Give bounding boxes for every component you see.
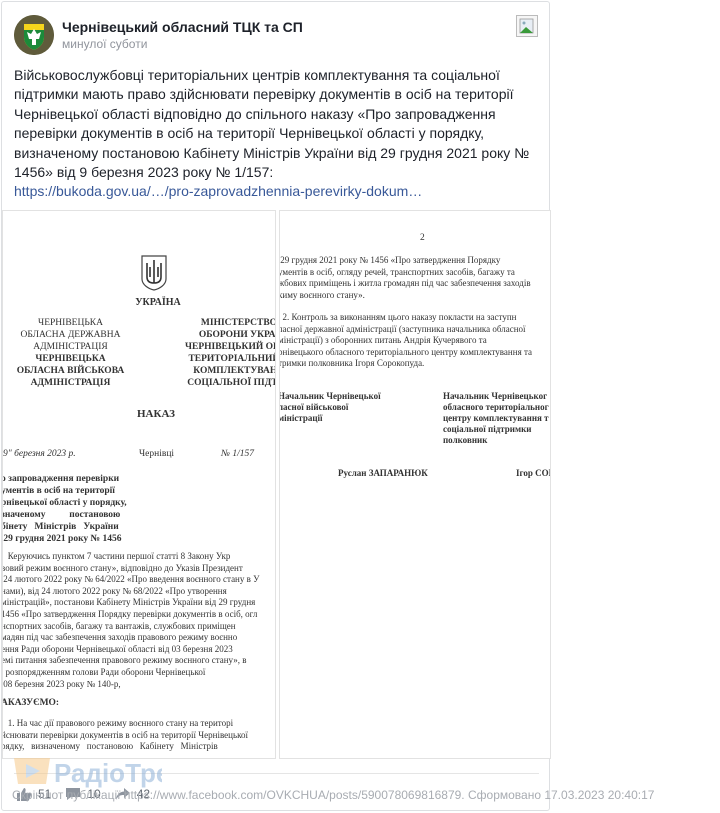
signer-left-title: Начальник Чернівецькоїласної військовоїм… (279, 391, 381, 424)
doc-left-header: ЧЕРНІВЕЦЬКАОБЛАСНА ДЕРЖАВНААДМІНІСТРАЦІЯ… (13, 317, 128, 389)
doc-body-line: емі питання забезпечення правового режим… (2, 655, 260, 667)
page-avatar[interactable] (14, 15, 54, 55)
signer-right-title-line: Начальник Чернівецьког (443, 391, 549, 402)
doc-body-line: 1456 «Про затвердження Порядку перевірки… (2, 609, 260, 621)
doc2-paragraph-1-line: жбових приміщень і житла громадян під ча… (279, 278, 531, 290)
signer-right-title-line: полковник (443, 435, 549, 446)
signer-right-title-line: обласного територіальног (443, 402, 549, 413)
doc-order-1-line: рядку, визначеному постановою Кабінету М… (2, 741, 248, 753)
broken-image-icon (516, 15, 538, 37)
watermark-text: РадіоТрек (54, 758, 162, 788)
doc2-paragraph-2-line: ласної державної адміністрації (заступни… (279, 324, 532, 336)
doc-subject: о запровадження перевіркиументів в осіб … (2, 473, 127, 545)
doc2-paragraph-2-line: 2. Контроль за виконанням цього наказу п… (279, 312, 532, 324)
doc-body-line: міністрацій», постанови Кабінету Міністр… (2, 597, 260, 609)
doc-body-line: Керуючись пунктом 7 частини першої статт… (2, 551, 260, 563)
doc-body-line: нами), від 24 лютого 2022 року № 68/2022… (2, 586, 260, 598)
doc2-paragraph-2: 2. Контроль за виконанням цього наказу п… (279, 312, 532, 370)
doc2-paragraph-1-line: 29 грудня 2021 року № 1456 «Про затвердж… (279, 255, 531, 267)
doc-order-1-line: йснювати перевірки документів в осіб на … (2, 730, 248, 742)
doc-subject-line: 29 грудня 2021 року № 1456 (2, 533, 127, 545)
signer-left-title-line: ласної військової (279, 402, 381, 413)
doc-subject-line: значеному постановою (2, 509, 127, 521)
photo-grid: УКРАЇНА ЧЕРНІВЕЦЬКАОБЛАСНА ДЕРЖАВНААДМІН… (2, 210, 551, 761)
doc-left-header-line: ЧЕРНІВЕЦЬКА (13, 353, 128, 365)
doc-right-header-line: ТЕРИТОРІАЛЬНИЙ Ц (169, 353, 276, 365)
doc-right-header-line: МІНІСТЕРСТВО (169, 317, 276, 329)
page-name-link[interactable]: Чернівецький обласний ТЦК та СП (62, 19, 303, 35)
doc-right-header-line: КОМПЛЕКТУВАНН (169, 365, 276, 377)
post-timestamp[interactable]: минулої суботи (62, 37, 147, 51)
screenshot-caption: Скріншот публікації https://www.facebook… (12, 788, 654, 802)
post-body: Військовослужбовці територіальних центрі… (14, 66, 539, 202)
doc-left-header-line: ЧЕРНІВЕЦЬКА (13, 317, 128, 329)
facebook-post-card: Чернівецький обласний ТЦК та СП минулої … (1, 1, 550, 811)
document-photo-page-2[interactable]: 2 29 грудня 2021 року № 1456 «Про затвер… (279, 210, 551, 759)
doc-order-1-line: 1. На час дії правового режиму воєнного … (2, 718, 248, 730)
doc-right-header-line: ОБОРОНИ УКРАЇ (169, 329, 276, 341)
doc-left-header-line: АДМІНІСТРАЦІЯ (13, 377, 128, 389)
doc-right-header: МІНІСТЕРСТВООБОРОНИ УКРАЇЧЕРНІВЕЦЬКИЙ ОБ… (169, 317, 276, 389)
doc2-paragraph-1-line: киму воєнного стану». (279, 290, 531, 302)
doc2-paragraph-2-line: рнівецького обласного територіального це… (279, 347, 532, 359)
doc-city: Чернівці (139, 448, 174, 460)
post-external-link[interactable]: https://bukoda.gov.ua/…/pro-zaprovadzhen… (14, 182, 539, 201)
doc-right-header-line: ЧЕРНІВЕЦЬКИЙ ОБЛА (169, 341, 276, 353)
signer-right-title: Начальник Чернівецькогобласного територі… (443, 391, 549, 446)
doc2-paragraph-1-line: ументів в осіб, огляду речей, транспортн… (279, 267, 531, 279)
doc-body-line: мадян під час забезпечення заходів право… (2, 632, 260, 644)
doc2-paragraph-1: 29 грудня 2021 року № 1456 «Про затвердж… (279, 255, 531, 301)
doc-title: НАКАЗ (137, 408, 175, 420)
doc-number: № 1/157 (221, 448, 254, 460)
doc-body-line: 24 лютого 2022 року № 64/2022 «Про введе… (2, 574, 260, 586)
doc-body-line: вовий режим воєнного стану», відповідно … (2, 563, 260, 575)
trident-coat-of-arms-icon (141, 255, 167, 291)
doc-page-number: 2 (420, 232, 425, 244)
doc-subject-line: рнівецької області у порядку, (2, 497, 127, 509)
doc-body-line: ення Ради оборони Чернівецької області в… (2, 644, 260, 656)
doc-body-line: 08 березня 2023 року № 140-р, (2, 679, 260, 691)
doc-subject-line: бінету Міністрів України (2, 521, 127, 533)
doc-right-header-line: СОЦІАЛЬНОЇ ПІДТРИ (169, 377, 276, 389)
document-photo-page-1[interactable]: УКРАЇНА ЧЕРНІВЕЦЬКАОБЛАСНА ДЕРЖАВНААДМІН… (2, 210, 276, 759)
doc2-paragraph-2-line: міністрації) з оборонних питань Андрія К… (279, 335, 532, 347)
doc-body: Керуючись пунктом 7 частини першої статт… (2, 551, 260, 690)
signer-right-title-line: центру комплектування т (443, 413, 549, 424)
doc-body-line: нспортних засобів, багажу та вантажів, с… (2, 621, 260, 633)
doc2-paragraph-2-line: тримки полковника Ігоря Сорокопуда. (279, 358, 532, 370)
radiotrek-watermark-logo: РадіоТрек (12, 754, 162, 788)
doc-orders-title: АКАЗУЄМО: (2, 697, 59, 709)
doc-subject-line: ументів в осіб на території (2, 485, 127, 497)
doc-order-1: 1. На час дії правового режиму воєнного … (2, 718, 248, 753)
signer-right-title-line: соціальної підтримки (443, 424, 549, 435)
doc-subject-line: о запровадження перевірки (2, 473, 127, 485)
doc-country: УКРАЇНА (113, 297, 203, 309)
shield-emblem-icon (14, 15, 54, 55)
signer-right-name: Ігор СОР (516, 467, 551, 479)
doc-left-header-line: АДМІНІСТРАЦІЯ (13, 341, 128, 353)
doc-date: "9" березня 2023 р. (2, 448, 76, 460)
doc-left-header-line: ОБЛАСНА ВІЙСЬКОВА (13, 365, 128, 377)
signer-left-name: Руслан ЗАПАРАНЮК (338, 467, 428, 479)
signer-left-title-line: міністрації (279, 413, 381, 424)
post-text: Військовослужбовці територіальних центрі… (14, 67, 529, 180)
doc-left-header-line: ОБЛАСНА ДЕРЖАВНА (13, 329, 128, 341)
signer-left-title-line: Начальник Чернівецької (279, 391, 381, 402)
doc-body-line: розпорядженням голови Ради оборони Черні… (2, 667, 260, 679)
